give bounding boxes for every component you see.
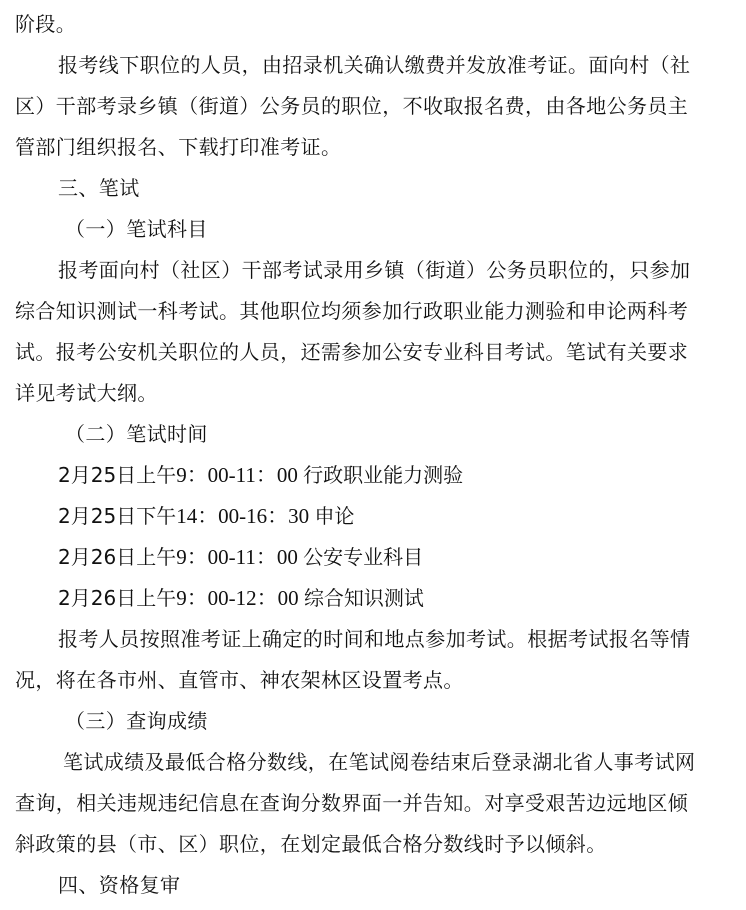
schedule-subject: 行政职业能力测验 [303,463,463,487]
paragraph-line: 综合知识测试一科考试。其他职位均须参加行政职业能力测验和申论两科考 [15,291,735,332]
paragraph-line: 区）干部考录乡镇（街道）公务员的职位，不收取报名费，由各地公务员主 [15,86,735,127]
schedule-date: 2月26日 [58,545,136,569]
schedule-date: 2月25日 [58,504,136,528]
subsection-heading: （三）查询成绩 [15,701,735,742]
schedule-period: 上午 [136,463,176,487]
schedule-period: 上午 [136,586,176,610]
schedule-row: 2月26日上午9：00-12：00 综合知识测试 [15,578,735,619]
schedule-subject: 申论 [314,504,354,528]
schedule-subject: 公安专业科目 [303,545,423,569]
paragraph-line: 报考人员按照准考证上确定的时间和地点参加考试。根据考试报名等情 [15,619,735,660]
schedule-time: 14：00-16：30 [176,504,309,528]
schedule-time: 9：00-12：00 [176,586,299,610]
paragraph-line: 阶段。 [15,4,735,45]
schedule-date: 2月25日 [58,463,136,487]
paragraph-line: 管部门组织报名、下载打印准考证。 [15,127,735,168]
paragraph-line: 查询，相关违规违纪信息在查询分数界面一并告知。对享受艰苦边远地区倾 [15,783,735,824]
paragraph-line: 报考面向村（社区）干部考试录用乡镇（街道）公务员职位的，只参加 [15,250,735,291]
paragraph-line: 笔试成绩及最低合格分数线，在笔试阅卷结束后登录湖北省人事考试网 [15,742,735,783]
schedule-row: 2月26日上午9：00-11：00 公安专业科目 [15,537,735,578]
schedule-period: 下午 [136,504,176,528]
schedule-time: 9：00-11：00 [176,545,298,569]
section-heading: 三、笔试 [15,168,735,209]
schedule-subject: 综合知识测试 [304,586,424,610]
schedule-time: 9：00-11：00 [176,463,298,487]
subsection-heading: （二）笔试时间 [15,414,735,455]
schedule-row: 2月25日上午9：00-11：00 行政职业能力测验 [15,455,735,496]
schedule-row: 2月25日下午14：00-16：30 申论 [15,496,735,537]
schedule-date: 2月26日 [58,586,136,610]
subsection-heading: （一）笔试科目 [15,209,735,250]
paragraph-line: 报考线下职位的人员，由招录机关确认缴费并发放准考证。面向村（社 [15,45,735,86]
document-body: 阶段。 报考线下职位的人员，由招录机关确认缴费并发放准考证。面向村（社 区）干部… [15,4,735,906]
section-heading: 四、资格复审 [15,865,735,906]
paragraph-line: 试。报考公安机关职位的人员，还需参加公安专业科目考试。笔试有关要求 [15,332,735,373]
paragraph-line: 斜政策的县（市、区）职位，在划定最低合格分数线时予以倾斜。 [15,824,735,865]
schedule-period: 上午 [136,545,176,569]
paragraph-line: 况，将在各市州、直管市、神农架林区设置考点。 [15,660,735,701]
paragraph-line: 详见考试大纲。 [15,373,735,414]
